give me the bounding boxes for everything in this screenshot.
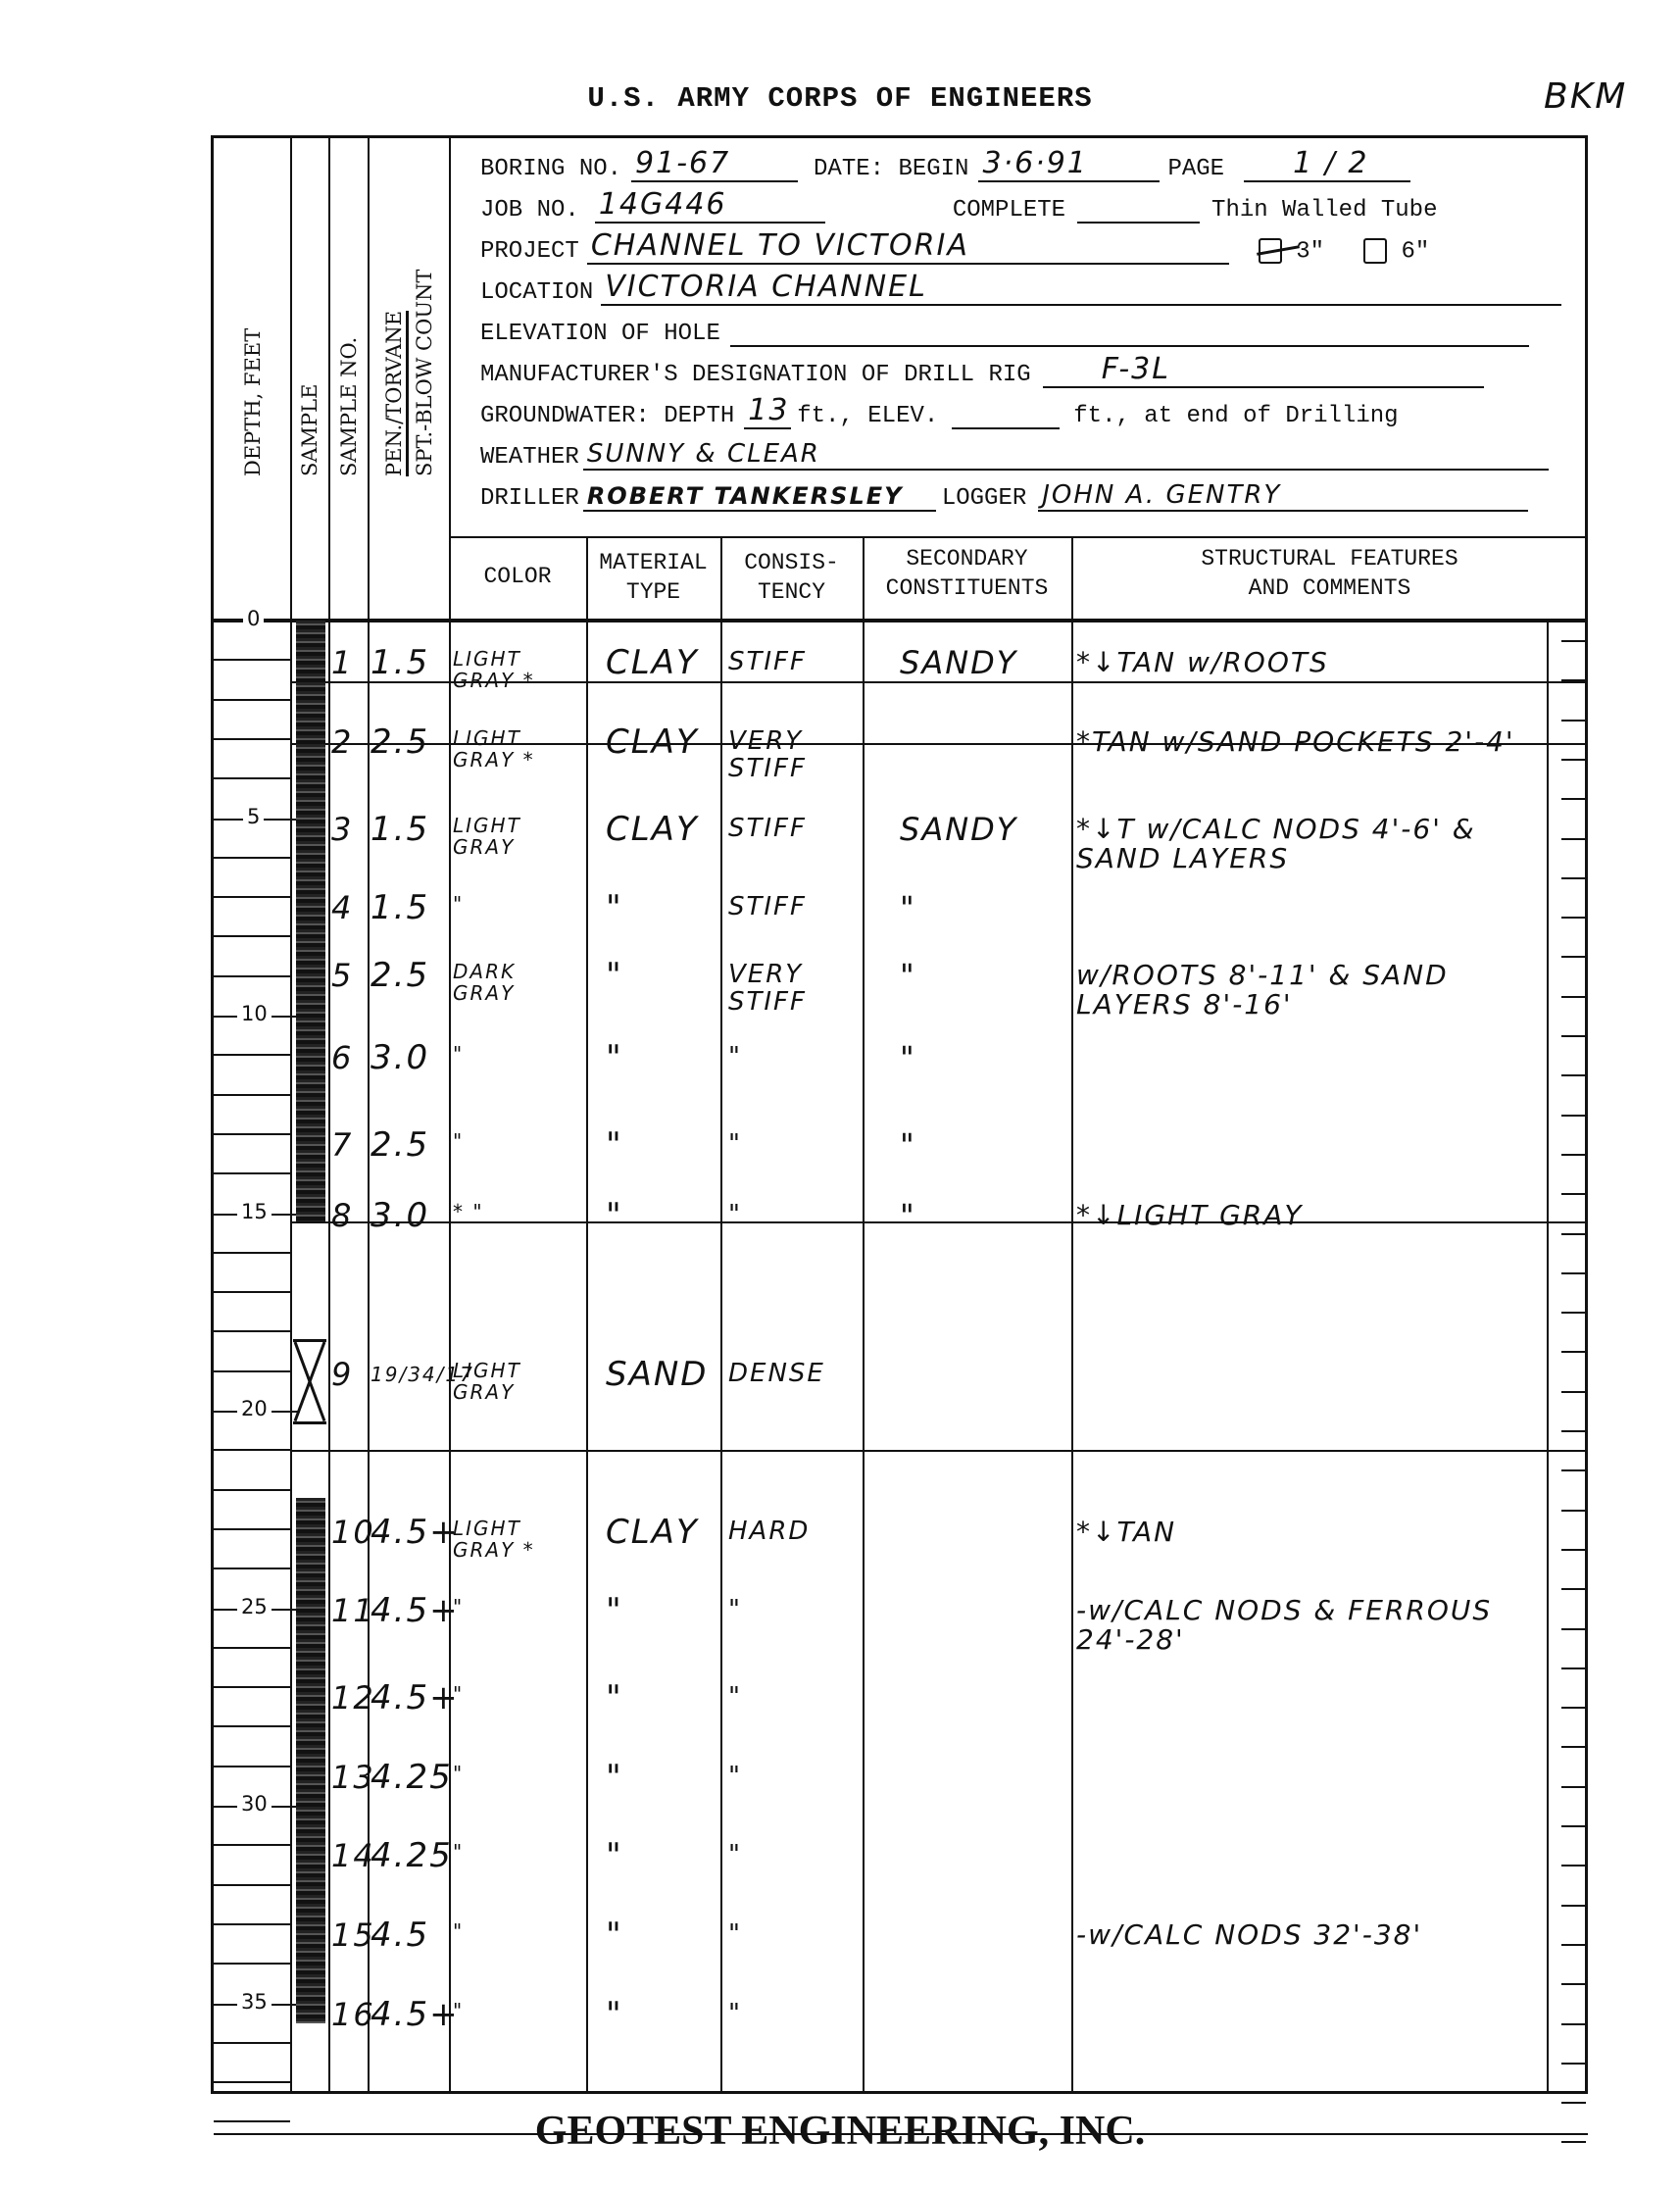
right-tick	[1561, 759, 1586, 761]
row-secondary: SANDY	[900, 648, 1017, 677]
row-material: "	[606, 1920, 623, 1950]
row-comment: -w/CALC NODS & FERROUS 24'-28'	[1076, 1596, 1537, 1655]
depth-tick	[214, 659, 290, 661]
row-color: "	[453, 893, 582, 915]
date-begin-field[interactable]: 3·6·91	[978, 147, 1160, 182]
column-header-spt-blow-count: SPT.-BLOW COUNT	[413, 270, 436, 476]
row-material: "	[606, 961, 623, 990]
row-consistency: HARD	[728, 1518, 856, 1545]
row-material: "	[606, 893, 623, 922]
depth-tick	[214, 1172, 290, 1174]
row-color: LIGHT GRAY	[453, 1360, 582, 1403]
row-no: 14	[331, 1841, 375, 1870]
depth-tick	[214, 1963, 290, 1965]
divider	[449, 138, 451, 2092]
right-tick	[1561, 1588, 1586, 1590]
right-tick	[1561, 1510, 1586, 1512]
weather-field[interactable]: SUNNY & CLEAR	[583, 435, 1549, 471]
depth-tick	[214, 1094, 290, 1096]
row-pen: 2.5	[371, 1130, 429, 1160]
tube-3in-option[interactable]: 3"	[1259, 238, 1324, 265]
date-complete-field[interactable]	[1077, 188, 1200, 224]
row-consistency: VERY STIFF	[728, 727, 856, 782]
row-material: "	[606, 1763, 623, 1792]
page-value: 1 / 2	[1293, 146, 1368, 180]
depth-tick	[214, 975, 290, 977]
job-row: JOB NO. 14G446 COMPLETE Thin Walled Tube	[480, 190, 1437, 224]
right-tick	[1561, 1944, 1586, 1946]
row-pen: 1.5	[371, 893, 429, 922]
row-material: CLAY	[606, 648, 699, 677]
boring-no-value: 91-67	[635, 146, 730, 180]
right-tick	[1561, 1628, 1586, 1630]
row-consistency: "	[728, 1043, 856, 1070]
tube-6in-label: 6"	[1401, 238, 1429, 265]
column-header-depth: DEPTH, FEET	[241, 328, 265, 476]
right-tick	[1561, 1351, 1586, 1353]
checkbox-3in[interactable]	[1259, 238, 1282, 264]
row-no: 10	[331, 1518, 375, 1547]
location-label: LOCATION	[480, 279, 593, 306]
row-material: "	[606, 2000, 623, 2029]
row-comment: *↓TAN	[1076, 1518, 1537, 1547]
tube-3in-label: 3"	[1296, 238, 1324, 265]
driller-row: DRILLER ROBERT TANKERSLEY LOGGER JOHN A.…	[480, 478, 1528, 512]
row-consistency: STIFF	[728, 815, 856, 842]
row-material: CLAY	[606, 1518, 699, 1547]
end-of-drilling-label: ft., at end of Drilling	[1073, 403, 1398, 429]
row-secondary: "	[900, 1201, 916, 1230]
right-tick	[1561, 1154, 1586, 1156]
depth-label: 35	[237, 1990, 272, 2014]
right-tick	[1561, 1115, 1586, 1117]
row-no: 6	[331, 1043, 353, 1072]
checkbox-6in[interactable]	[1363, 238, 1387, 264]
row-pen: 4.5+	[371, 2000, 460, 2029]
row-pen: 1.5	[371, 648, 429, 677]
row-pen: 4.5+	[371, 1683, 460, 1713]
row-secondary: "	[900, 893, 916, 922]
boring-no-field[interactable]: 91-67	[631, 147, 798, 182]
row-no: 11	[331, 1596, 375, 1625]
right-tick	[1561, 640, 1586, 642]
job-no-field[interactable]: 14G446	[595, 188, 825, 224]
row-no: 5	[331, 961, 353, 990]
page-field[interactable]: 1 / 2	[1244, 147, 1410, 182]
groundwater-row: GROUNDWATER: DEPTH 13 ft., ELEV. ft., at…	[480, 396, 1399, 429]
groundwater-elev-field[interactable]	[952, 394, 1060, 429]
logger-field[interactable]: JOHN A. GENTRY	[1038, 476, 1528, 512]
right-tick	[1561, 1707, 1586, 1709]
row-consistency: "	[728, 1596, 856, 1623]
divider	[290, 138, 292, 2092]
boring-log-form: DEPTH, FEET SAMPLE SAMPLE NO. PEN./TORVA…	[211, 135, 1588, 2094]
divider	[449, 536, 1588, 538]
row-pen: 2.5	[371, 727, 429, 757]
right-tick	[1561, 1667, 1586, 1669]
tube-6in-option[interactable]: 6"	[1363, 238, 1429, 265]
divider	[863, 536, 865, 2092]
project-field[interactable]: CHANNEL TO VICTORIA	[587, 229, 1229, 265]
project-row: PROJECT CHANNEL TO VICTORIA 3" 6"	[480, 231, 1429, 265]
row-no: 3	[331, 815, 353, 844]
row-consistency: "	[728, 2000, 856, 2027]
depth-tick	[214, 1054, 290, 1056]
depth-label: 5	[243, 805, 264, 828]
weather-label: WEATHER	[480, 444, 579, 471]
right-tick	[1561, 1786, 1586, 1788]
row-color: "	[453, 2000, 582, 2021]
column-header-color: COLOR	[449, 562, 586, 591]
depth-tick	[214, 1884, 290, 1886]
row-comment: -w/CALC NODS 32'-38'	[1076, 1920, 1537, 1950]
depth-label: 15	[237, 1200, 272, 1223]
complete-label: COMPLETE	[953, 197, 1065, 224]
reviewer-initials: BKM	[1544, 76, 1627, 117]
row-secondary: SANDY	[900, 815, 1017, 844]
row-pen: 2.5	[371, 961, 429, 990]
row-consistency: STIFF	[728, 648, 856, 675]
elevation-row: ELEVATION OF HOLE	[480, 314, 1529, 347]
row-no: 4	[331, 893, 353, 922]
weather-value: SUNNY & CLEAR	[587, 439, 820, 469]
row-material: SAND	[606, 1360, 708, 1389]
row-comment: *↓LIGHT GRAY	[1076, 1201, 1537, 1230]
row-consistency: DENSE	[728, 1360, 856, 1387]
right-tick	[1561, 2063, 1586, 2065]
depth-tick	[214, 1766, 290, 1767]
split-spoon-sample-icon	[293, 1339, 326, 1424]
depth-tick	[214, 1568, 290, 1569]
row-color: "	[453, 1763, 582, 1784]
elevation-label: ELEVATION OF HOLE	[480, 321, 720, 347]
row-material: "	[606, 1130, 623, 1160]
row-color: * "	[453, 1201, 582, 1222]
depth-tick	[214, 1252, 290, 1254]
column-header-material: MATERIALTYPE	[586, 548, 720, 607]
row-no: 16	[331, 2000, 375, 2029]
row-no: 9	[331, 1360, 353, 1389]
sample-tube-bar	[296, 1498, 325, 2023]
row-consistency: VERY STIFF	[728, 961, 856, 1016]
right-tick	[1561, 877, 1586, 879]
right-tick	[1561, 956, 1586, 958]
depth-tick	[214, 1370, 290, 1372]
row-no: 12	[331, 1683, 375, 1713]
row-color: "	[453, 1130, 582, 1152]
row-material: "	[606, 1043, 623, 1072]
right-tick	[1561, 1469, 1586, 1471]
row-consistency: "	[728, 1201, 856, 1228]
right-tick	[1561, 1391, 1586, 1393]
row-color: "	[453, 1043, 582, 1065]
right-tick	[1561, 1074, 1586, 1076]
row-color: LIGHT GRAY *	[453, 648, 582, 691]
right-tick	[1561, 1430, 1586, 1432]
right-tick	[1561, 1193, 1586, 1195]
company-footer: GEOTEST ENGINEERING, INC.	[0, 2108, 1680, 2155]
depth-tick	[214, 777, 290, 779]
row-color: "	[453, 1596, 582, 1618]
right-tick	[1561, 1549, 1586, 1551]
right-tick	[1561, 1865, 1586, 1866]
right-tick	[1561, 1825, 1586, 1827]
row-material: "	[606, 1596, 623, 1625]
row-color: LIGHT GRAY	[453, 815, 582, 858]
boring-no-label: BORING NO.	[480, 156, 621, 182]
depth-tick	[214, 1528, 290, 1530]
row-material: "	[606, 1201, 623, 1230]
row-comment: *↓TAN w/ROOTS	[1076, 648, 1537, 677]
row-color: "	[453, 1683, 582, 1705]
weather-row: WEATHER SUNNY & CLEAR	[480, 437, 1549, 471]
row-no: 2	[331, 727, 353, 757]
column-header-structural: STRUCTURAL FEATURESAND COMMENTS	[1071, 544, 1588, 603]
driller-label: DRILLER	[480, 485, 579, 512]
row-divider	[290, 621, 1588, 622]
row-divider	[290, 1450, 1588, 1452]
logger-value: JOHN A. GENTRY	[1042, 480, 1281, 510]
elev-label: ft., ELEV.	[797, 403, 938, 429]
row-pen: 4.25	[371, 1763, 453, 1792]
groundwater-depth-field[interactable]: 13	[744, 394, 791, 429]
row-comment: w/ROOTS 8'-11' & SAND LAYERS 8'-16'	[1076, 961, 1537, 1020]
divider	[368, 138, 370, 2092]
right-tick	[1561, 1983, 1586, 1985]
row-pen: 1.5	[371, 815, 429, 844]
column-header-pen-torvane: PEN./TORVANE	[382, 311, 409, 476]
row-material: CLAY	[606, 727, 699, 757]
page-label: PAGE	[1167, 156, 1224, 182]
right-tick	[1561, 917, 1586, 919]
row-no: 15	[331, 1920, 375, 1950]
right-tick	[1561, 1746, 1586, 1748]
row-color: "	[453, 1920, 582, 1942]
divider	[720, 536, 722, 2092]
depth-tick	[214, 1647, 290, 1649]
right-tick	[1561, 838, 1586, 840]
job-no-value: 14G446	[599, 187, 727, 222]
right-tick	[1561, 798, 1586, 800]
column-header-consistency: CONSIS-TENCY	[720, 548, 863, 607]
logger-label: LOGGER	[942, 485, 1026, 512]
boring-row: BORING NO. 91-67 DATE: BEGIN 3·6·91 PAGE…	[480, 149, 1410, 182]
row-pen: 4.5+	[371, 1596, 460, 1625]
depth-tick	[214, 935, 290, 937]
groundwater-depth-value: 13	[748, 393, 789, 427]
depth-tick	[214, 699, 290, 701]
column-header-sample-no: SAMPLE NO.	[337, 337, 361, 476]
right-tick	[1561, 1035, 1586, 1037]
right-tick	[1561, 996, 1586, 998]
tube-label: Thin Walled Tube	[1211, 197, 1437, 224]
driller-value: ROBERT TANKERSLEY	[587, 482, 904, 510]
depth-label: 10	[237, 1002, 272, 1025]
right-tick	[1561, 1905, 1586, 1907]
depth-tick	[214, 2042, 290, 2044]
row-comment: *↓T w/CALC NODS 4'-6' & SAND LAYERS	[1076, 815, 1537, 873]
depth-tick	[214, 1330, 290, 1332]
depth-tick	[214, 1923, 290, 1925]
depth-tick	[214, 1844, 290, 1846]
row-material: CLAY	[606, 815, 699, 844]
sample-tube-bar	[296, 621, 325, 1221]
column-header-sample: SAMPLE	[298, 384, 321, 476]
drill-rig-field[interactable]: F-3L	[1043, 353, 1484, 388]
job-no-label: JOB NO.	[480, 197, 579, 224]
depth-tick	[214, 896, 290, 898]
row-secondary: "	[900, 961, 916, 990]
column-header-secondary: SECONDARYCONSTITUENTS	[863, 544, 1071, 603]
row-comment: *TAN w/SAND POCKETS 2'-4'	[1076, 727, 1537, 757]
row-consistency: "	[728, 1683, 856, 1711]
project-label: PROJECT	[480, 238, 579, 265]
divider	[1547, 619, 1549, 2092]
project-value: CHANNEL TO VICTORIA	[591, 228, 969, 263]
row-consistency: "	[728, 1841, 856, 1868]
row-consistency: "	[728, 1920, 856, 1948]
depth-tick	[214, 1489, 290, 1491]
drill-rig-row: MANUFACTURER'S DESIGNATION OF DRILL RIG …	[480, 355, 1484, 388]
row-color: "	[453, 1841, 582, 1863]
row-color: DARK GRAY	[453, 961, 582, 1004]
row-no: 8	[331, 1201, 353, 1230]
depth-tick	[214, 1133, 290, 1135]
row-material: "	[606, 1683, 623, 1713]
organization-title: U.S. ARMY CORPS OF ENGINEERS	[0, 82, 1680, 115]
row-pen: 4.5+	[371, 1518, 460, 1547]
row-no: 13	[331, 1763, 375, 1792]
divider	[586, 536, 588, 2092]
location-row: LOCATION VICTORIA CHANNEL	[480, 273, 1561, 306]
divider	[328, 138, 330, 2092]
depth-tick	[214, 738, 290, 740]
date-begin-value: 3·6·91	[982, 146, 1087, 180]
location-field[interactable]: VICTORIA CHANNEL	[601, 271, 1561, 306]
date-begin-label: DATE: BEGIN	[814, 156, 968, 182]
row-no: 1	[331, 648, 353, 677]
row-material: "	[606, 1841, 623, 1870]
depth-tick	[214, 1449, 290, 1451]
depth-tick	[214, 1686, 290, 1688]
driller-field[interactable]: ROBERT TANKERSLEY	[583, 476, 936, 512]
row-color: LIGHT GRAY *	[453, 727, 582, 771]
right-tick	[1561, 1233, 1586, 1235]
right-tick	[1561, 2102, 1586, 2104]
row-secondary: "	[900, 1130, 916, 1160]
row-consistency: "	[728, 1763, 856, 1790]
right-tick	[1561, 1312, 1586, 1314]
right-tick	[1561, 2023, 1586, 2025]
depth-tick	[214, 2081, 290, 2083]
drill-rig-value: F-3L	[1102, 352, 1170, 386]
drill-rig-label: MANUFACTURER'S DESIGNATION OF DRILL RIG	[480, 362, 1031, 388]
row-consistency: "	[728, 1130, 856, 1158]
groundwater-label: GROUNDWATER: DEPTH	[480, 403, 734, 429]
row-pen: 4.5	[371, 1920, 429, 1950]
row-pen: 4.25	[371, 1841, 453, 1870]
depth-tick	[214, 857, 290, 859]
divider	[1071, 536, 1073, 2092]
row-consistency: STIFF	[728, 893, 856, 921]
depth-label: 25	[237, 1595, 272, 1618]
depth-tick	[214, 1291, 290, 1293]
row-pen: 3.0	[371, 1201, 429, 1230]
depth-label: 20	[237, 1397, 272, 1420]
row-secondary: "	[900, 1043, 916, 1072]
elevation-field[interactable]	[730, 312, 1529, 347]
right-tick	[1561, 720, 1586, 722]
row-no: 7	[331, 1130, 353, 1160]
location-value: VICTORIA CHANNEL	[605, 270, 927, 304]
depth-tick	[214, 1725, 290, 1727]
right-tick	[1561, 1272, 1586, 1274]
depth-label: 0	[243, 607, 264, 630]
row-pen: 3.0	[371, 1043, 429, 1072]
row-color: LIGHT GRAY *	[453, 1518, 582, 1561]
depth-label: 30	[237, 1792, 272, 1816]
